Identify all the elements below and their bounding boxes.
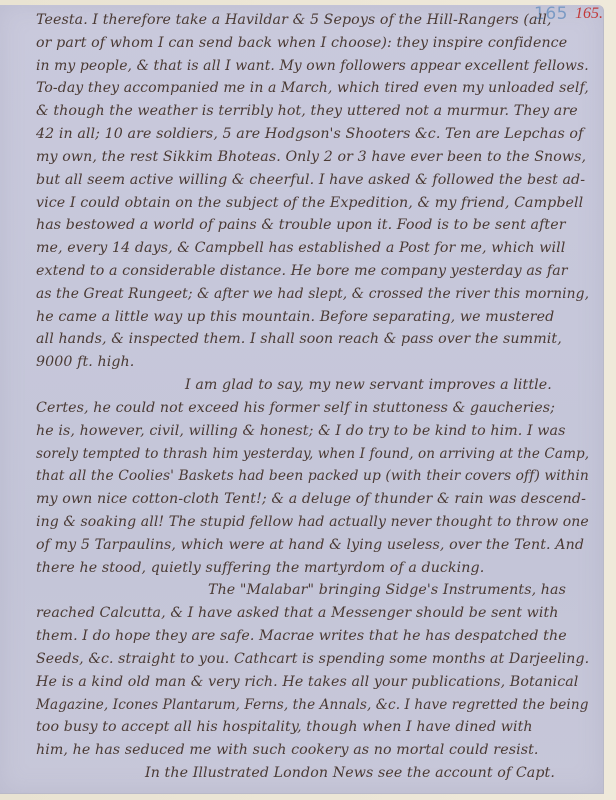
text-line-2: or part of whom I can send back when I c… — [36, 35, 567, 51]
text-line-31: Magazine, Icones Plantarum, Ferns, the A… — [36, 697, 588, 713]
text-line-26: The "Malabar" bringing Sidge's Instrumen… — [208, 582, 566, 598]
text-line-1: Teesta. I therefore take a Havildar & 5 … — [36, 12, 551, 28]
text-line-23: ing & soaking all! The stupid fellow had… — [36, 514, 589, 530]
text-line-14: he came a little way up this mountain. B… — [36, 309, 554, 325]
text-line-32: too busy to accept all his hospitality, … — [36, 719, 533, 735]
text-line-18: Certes, he could not exceed his former s… — [36, 400, 555, 416]
text-line-27: reached Calcutta, & I have asked that a … — [36, 605, 559, 621]
text-line-15: all hands, & inspected them. I shall soo… — [36, 331, 562, 347]
text-line-4: To-day they accompanied me in a March, w… — [36, 80, 589, 96]
text-line-24: of my 5 Tarpaulins, which were at hand &… — [36, 537, 584, 553]
text-line-28: them. I do hope they are safe. Macrae wr… — [36, 628, 567, 644]
text-line-5: & though the weather is terribly hot, th… — [36, 103, 578, 119]
text-line-8: but all seem active willing & cheerful. … — [36, 172, 585, 188]
text-line-33: him, he has seduced me with such cookery… — [36, 742, 539, 758]
text-line-7: my own, the rest Sikkim Bhoteas. Only 2 … — [36, 149, 586, 165]
text-line-13: as the Great Rungeet; & after we had sle… — [36, 286, 589, 302]
text-line-3: in my people, & that is all I want. My o… — [36, 58, 589, 74]
text-line-6: 42 in all; 10 are soldiers, 5 are Hodgso… — [36, 126, 583, 142]
text-line-20: sorely tempted to thrash him yesterday, … — [36, 446, 589, 462]
text-line-21: that all the Coolies' Baskets had been p… — [36, 468, 589, 484]
text-line-11: me, every 14 days, & Campbell has establ… — [36, 240, 565, 256]
folio-handwritten-number: 165. — [575, 5, 603, 23]
text-line-17: I am glad to say, my new servant improve… — [185, 377, 552, 393]
text-line-30: He is a kind old man & very rich. He tak… — [36, 674, 578, 690]
text-line-22: my own nice cotton-cloth Tent!; & a delu… — [36, 491, 586, 507]
text-line-9: vice I could obtain on the subject of th… — [36, 195, 583, 211]
text-line-25: there he stood, quietly suffering the ma… — [36, 560, 484, 576]
text-line-29: Seeds, &c. straight to you. Cathcart is … — [36, 651, 589, 667]
text-line-34: In the Illustrated London News see the a… — [145, 765, 555, 781]
text-line-12: extend to a considerable distance. He bo… — [36, 263, 568, 279]
text-line-10: has bestowed a world of pains & trouble … — [36, 217, 566, 233]
text-line-19: he is, however, civil, willing & honest;… — [36, 423, 566, 439]
text-line-16: 9000 ft. high. — [36, 354, 134, 370]
